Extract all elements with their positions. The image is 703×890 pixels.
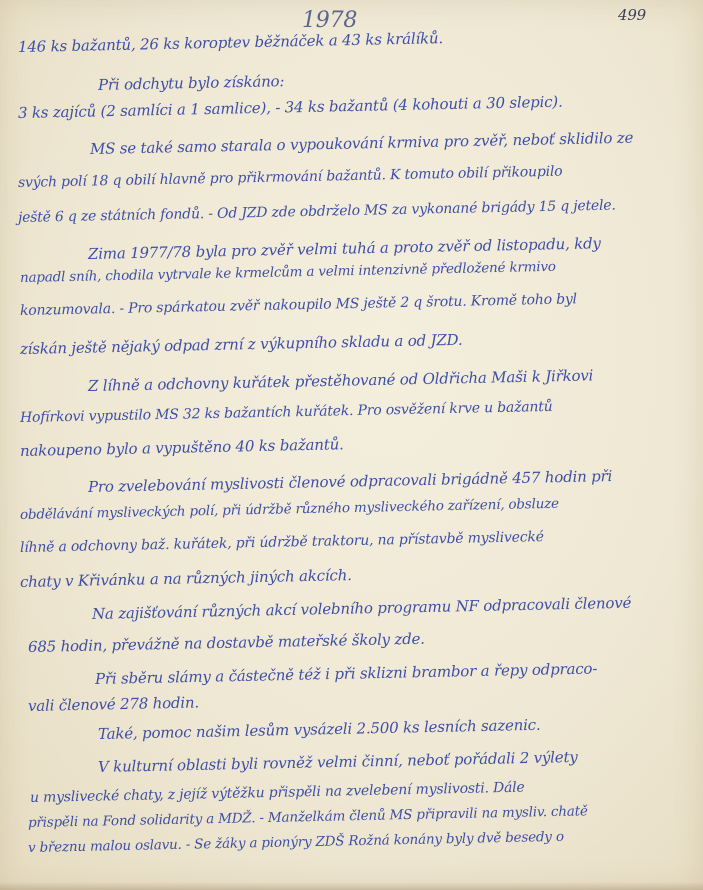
- text-line: nakoupeno bylo a vypuštěno 40 ks bažantů…: [20, 435, 344, 460]
- text-line: Na zajišťování různých akcí volebního pr…: [92, 594, 632, 623]
- handwritten-chronicle-page: 1978 499 146 ks bažantů, 26 ks koroptev …: [0, 0, 703, 890]
- text-line: líhně a odchovny baž. kuřátek, při údržb…: [20, 529, 544, 556]
- text-line: získán ještě nějaký odpad zrní z výkupní…: [20, 331, 463, 358]
- text-line: 3 ks zajíců (2 samlíci a 1 samlice), - 3…: [18, 93, 563, 122]
- page-number: 499: [618, 6, 646, 24]
- text-line: napadl sníh, chodila vytrvale ke krmelců…: [20, 259, 556, 286]
- text-line: 685 hodin, převážně na dostavbě mateřské…: [28, 630, 425, 656]
- text-line: MS se také samo starala o vypoukování kr…: [90, 129, 634, 158]
- text-line: Hofírkovi vypustilo MS 32 ks bažantích k…: [20, 399, 553, 426]
- text-line: obdělávání mysliveckých polí, při údržbě…: [20, 496, 559, 523]
- text-line: přispěli na Fond solidarity a MDŽ. - Man…: [28, 803, 588, 831]
- text-line: Také, pomoc našim lesům vysázeli 2.500 k…: [98, 716, 541, 743]
- text-line: Pro zvelebování myslivosti členové odpra…: [88, 467, 612, 496]
- text-line: Při odchytu bylo získáno:: [98, 72, 285, 94]
- year-heading: 1978: [302, 8, 357, 33]
- text-line: v březnu malou oslavu. - Se žáky a pioný…: [28, 829, 564, 856]
- text-line: ještě 6 q ze státních fondů. - Od JZD zd…: [18, 197, 616, 226]
- text-line: svých polí 18 q obilí hlavně pro přikrmo…: [18, 164, 563, 191]
- text-line: chaty v Křivánku a na různých jiných akc…: [20, 566, 352, 591]
- text-line: 146 ks bažantů, 26 ks koroptev běžnáček …: [18, 29, 443, 56]
- text-line: vali členové 278 hodin.: [28, 693, 199, 715]
- text-line: Při sběru slámy a částečně též i při skl…: [95, 659, 598, 688]
- text-line: V kulturní oblasti byli rovněž velmi čin…: [98, 748, 578, 776]
- text-line: u myslivecké chaty, z jejíž výtěžku přis…: [30, 780, 525, 806]
- text-line: konzumovala. - Pro spárkatou zvěř nakoup…: [20, 291, 577, 319]
- text-line: Z líhně a odchovny kuřátek přestěhované …: [88, 366, 594, 395]
